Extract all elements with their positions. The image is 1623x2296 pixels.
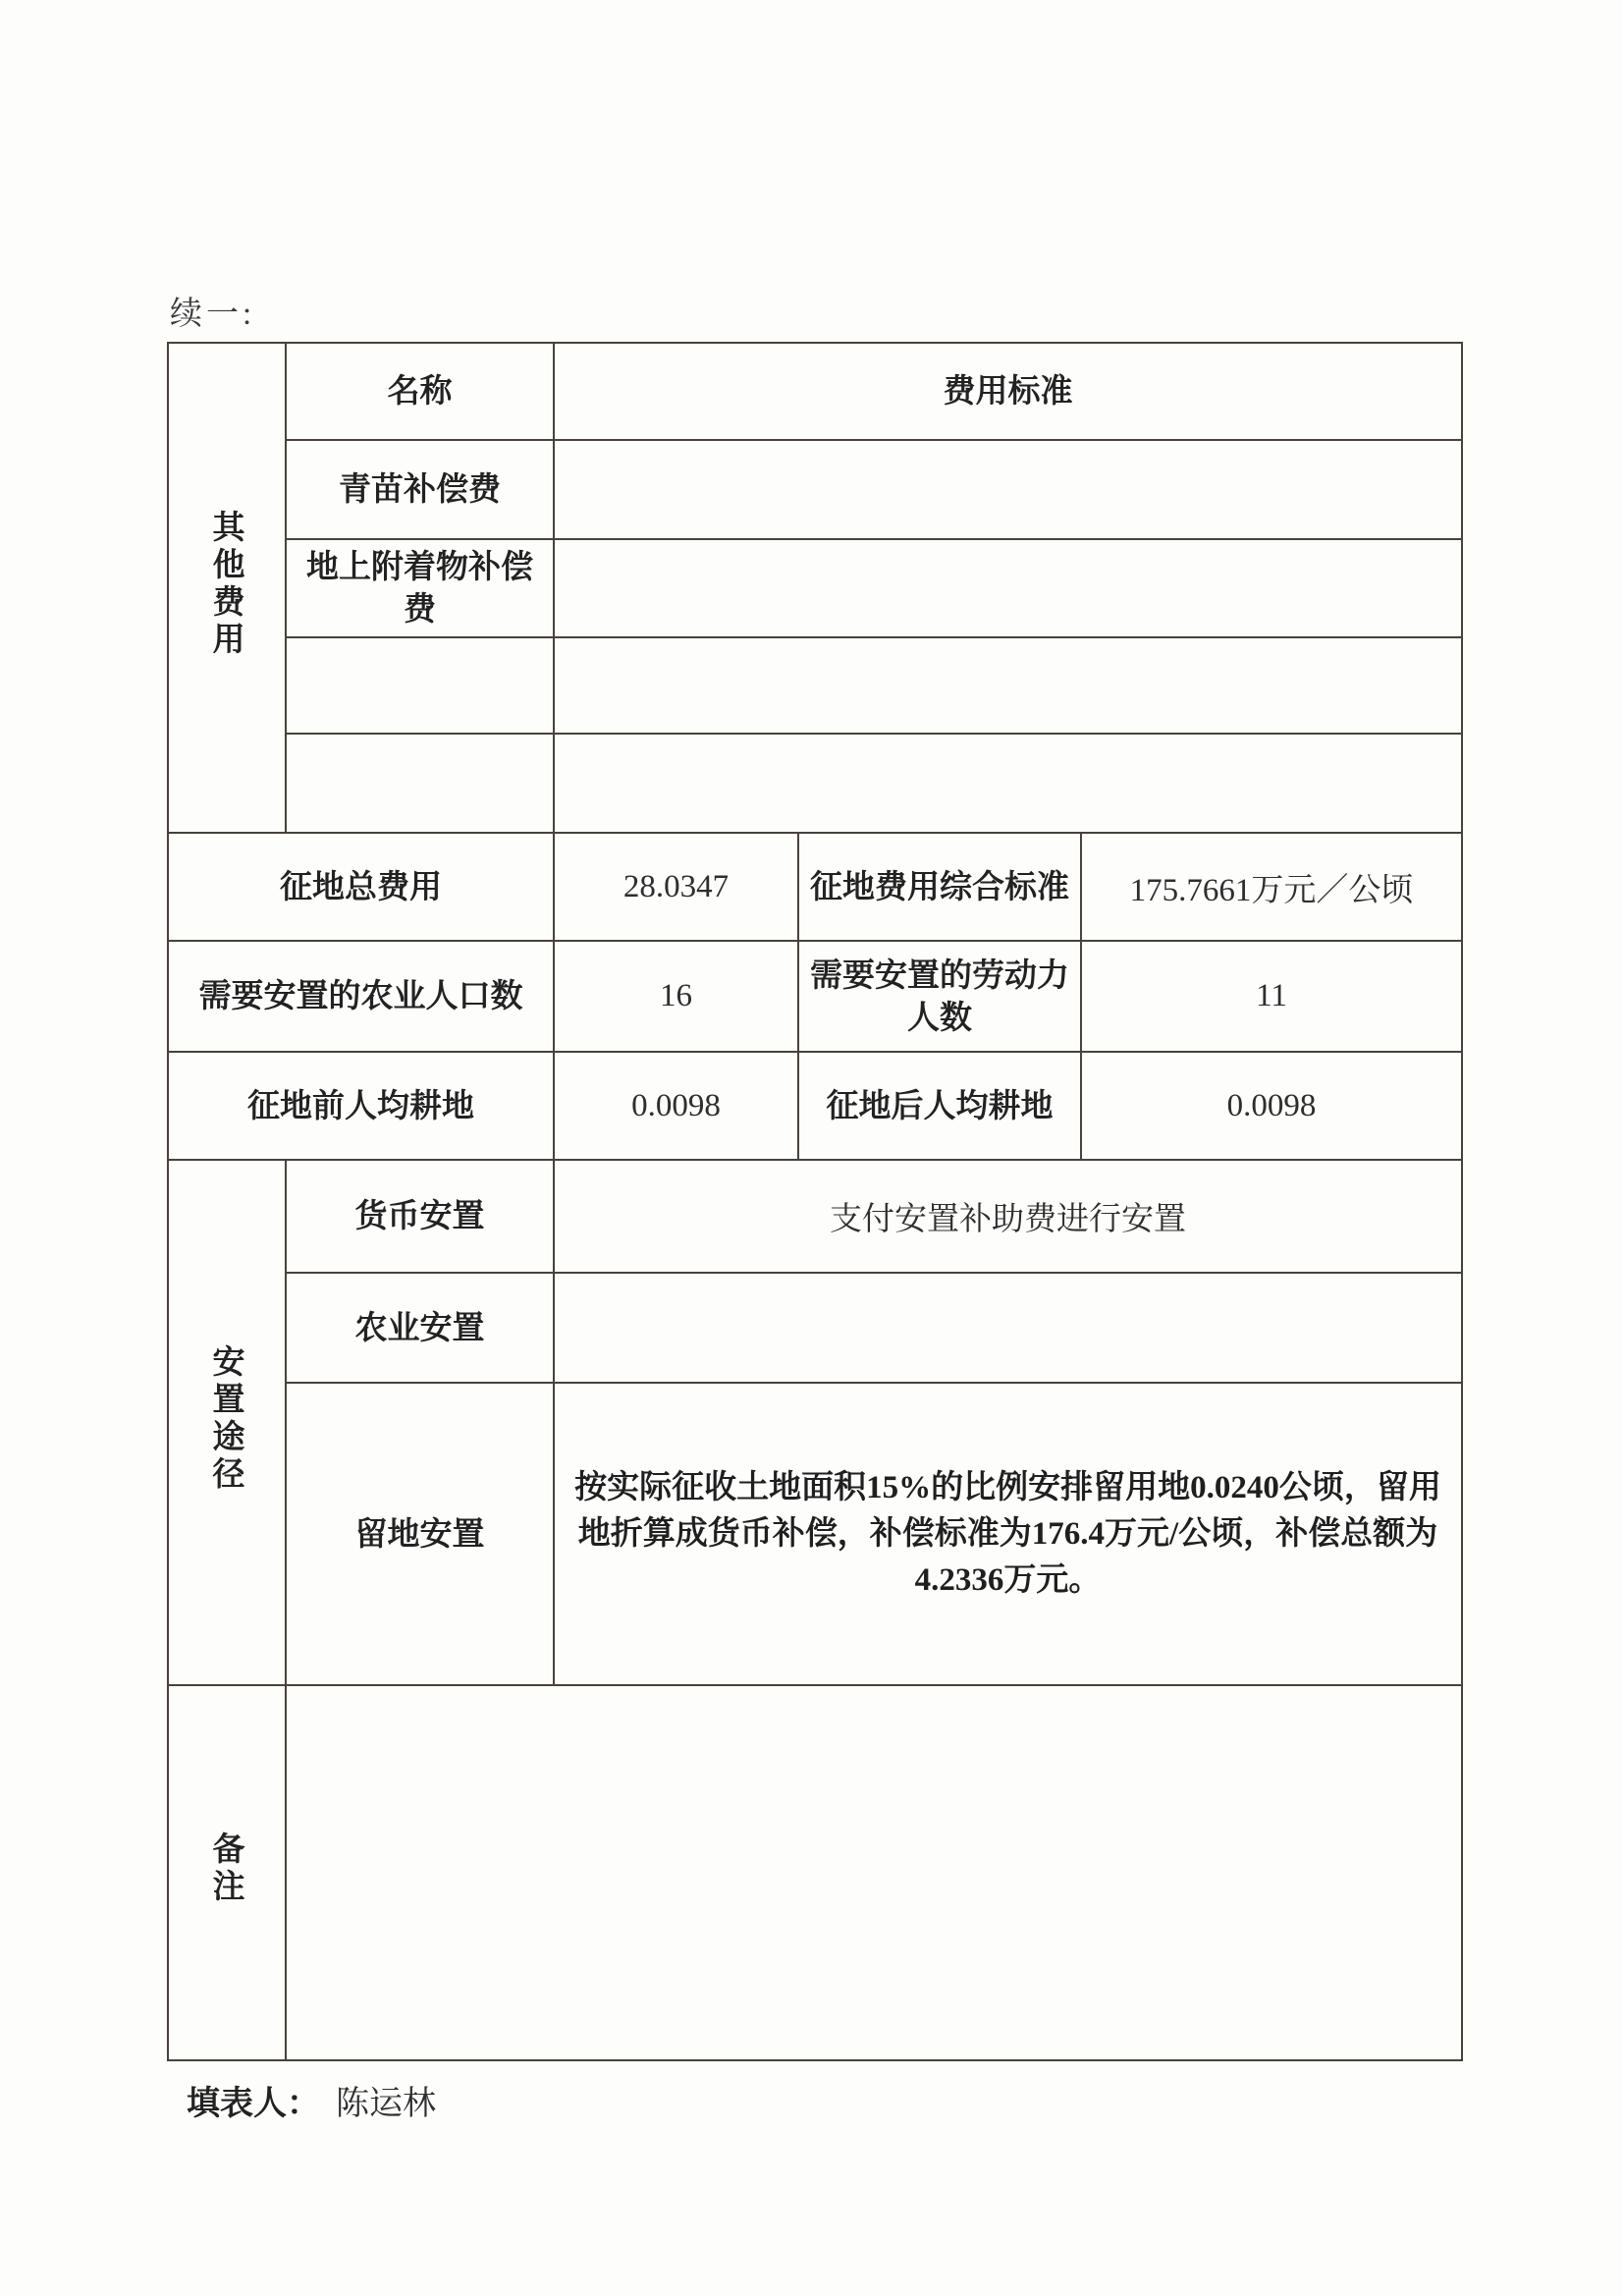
continuation-label: 续一: (170, 288, 255, 334)
summary-value-cell: 175.7661万元／公顷 (1081, 833, 1462, 941)
remarks-label-cell: 备注 (168, 1685, 286, 2060)
form-filler-label: 填表人： (187, 2085, 320, 2122)
fee-name-cell (286, 734, 554, 833)
resettlement-content-cell: 支付安置补助费进行安置 (554, 1160, 1462, 1273)
compensation-form-table: 其他费用 名称 费用标准 青苗补偿费 地上附着物补偿费 征地总费用 28.034… (167, 342, 1463, 2061)
summary-value-cell: 16 (554, 941, 798, 1052)
fee-name-cell: 青苗补偿费 (286, 440, 554, 539)
fee-name-cell (286, 637, 554, 734)
fee-standard-cell (554, 734, 1462, 833)
fee-standard-cell (554, 539, 1462, 637)
summary-value-cell: 0.0098 (1081, 1052, 1462, 1160)
other-fees-group-label: 其他费用 (168, 343, 286, 833)
summary-label-cell: 需要安置的农业人口数 (168, 941, 554, 1052)
resettlement-content-cell: 按实际征收土地面积15%的比例安排留用地0.0240公顷，留用地折算成货币补偿，… (554, 1383, 1462, 1685)
header-standard-cell: 费用标准 (554, 343, 1462, 440)
summary-value-cell: 0.0098 (554, 1052, 798, 1160)
resettlement-type-cell: 货币安置 (286, 1160, 554, 1273)
form-filler-name: 陈运林 (336, 2086, 436, 2122)
resettlement-type-cell: 留地安置 (286, 1383, 554, 1685)
summary-value-cell: 28.0347 (554, 833, 798, 941)
summary-value-cell: 11 (1081, 941, 1462, 1052)
summary-label-cell: 需要安置的劳动力人数 (798, 941, 1081, 1052)
summary-label-cell: 征地后人均耕地 (798, 1052, 1081, 1160)
header-name-cell: 名称 (286, 343, 554, 440)
scanned-form-page: 续一: 其他费用 名称 费用标准 青苗补偿费 地上附着物补偿费 (0, 0, 1623, 2296)
resettlement-content-cell (554, 1273, 1462, 1383)
resettlement-type-cell: 农业安置 (286, 1273, 554, 1383)
summary-label-cell: 征地总费用 (168, 833, 554, 941)
fee-name-cell: 地上附着物补偿费 (286, 539, 554, 637)
fee-standard-cell (554, 637, 1462, 734)
resettlement-group-label: 安置途径 (168, 1160, 286, 1685)
summary-label-cell: 征地前人均耕地 (168, 1052, 554, 1160)
form-filler-line: 填表人：陈运林 (187, 2076, 436, 2124)
fee-standard-cell (554, 440, 1462, 539)
remarks-content-cell (286, 1685, 1462, 2060)
summary-label-cell: 征地费用综合标准 (798, 833, 1081, 941)
